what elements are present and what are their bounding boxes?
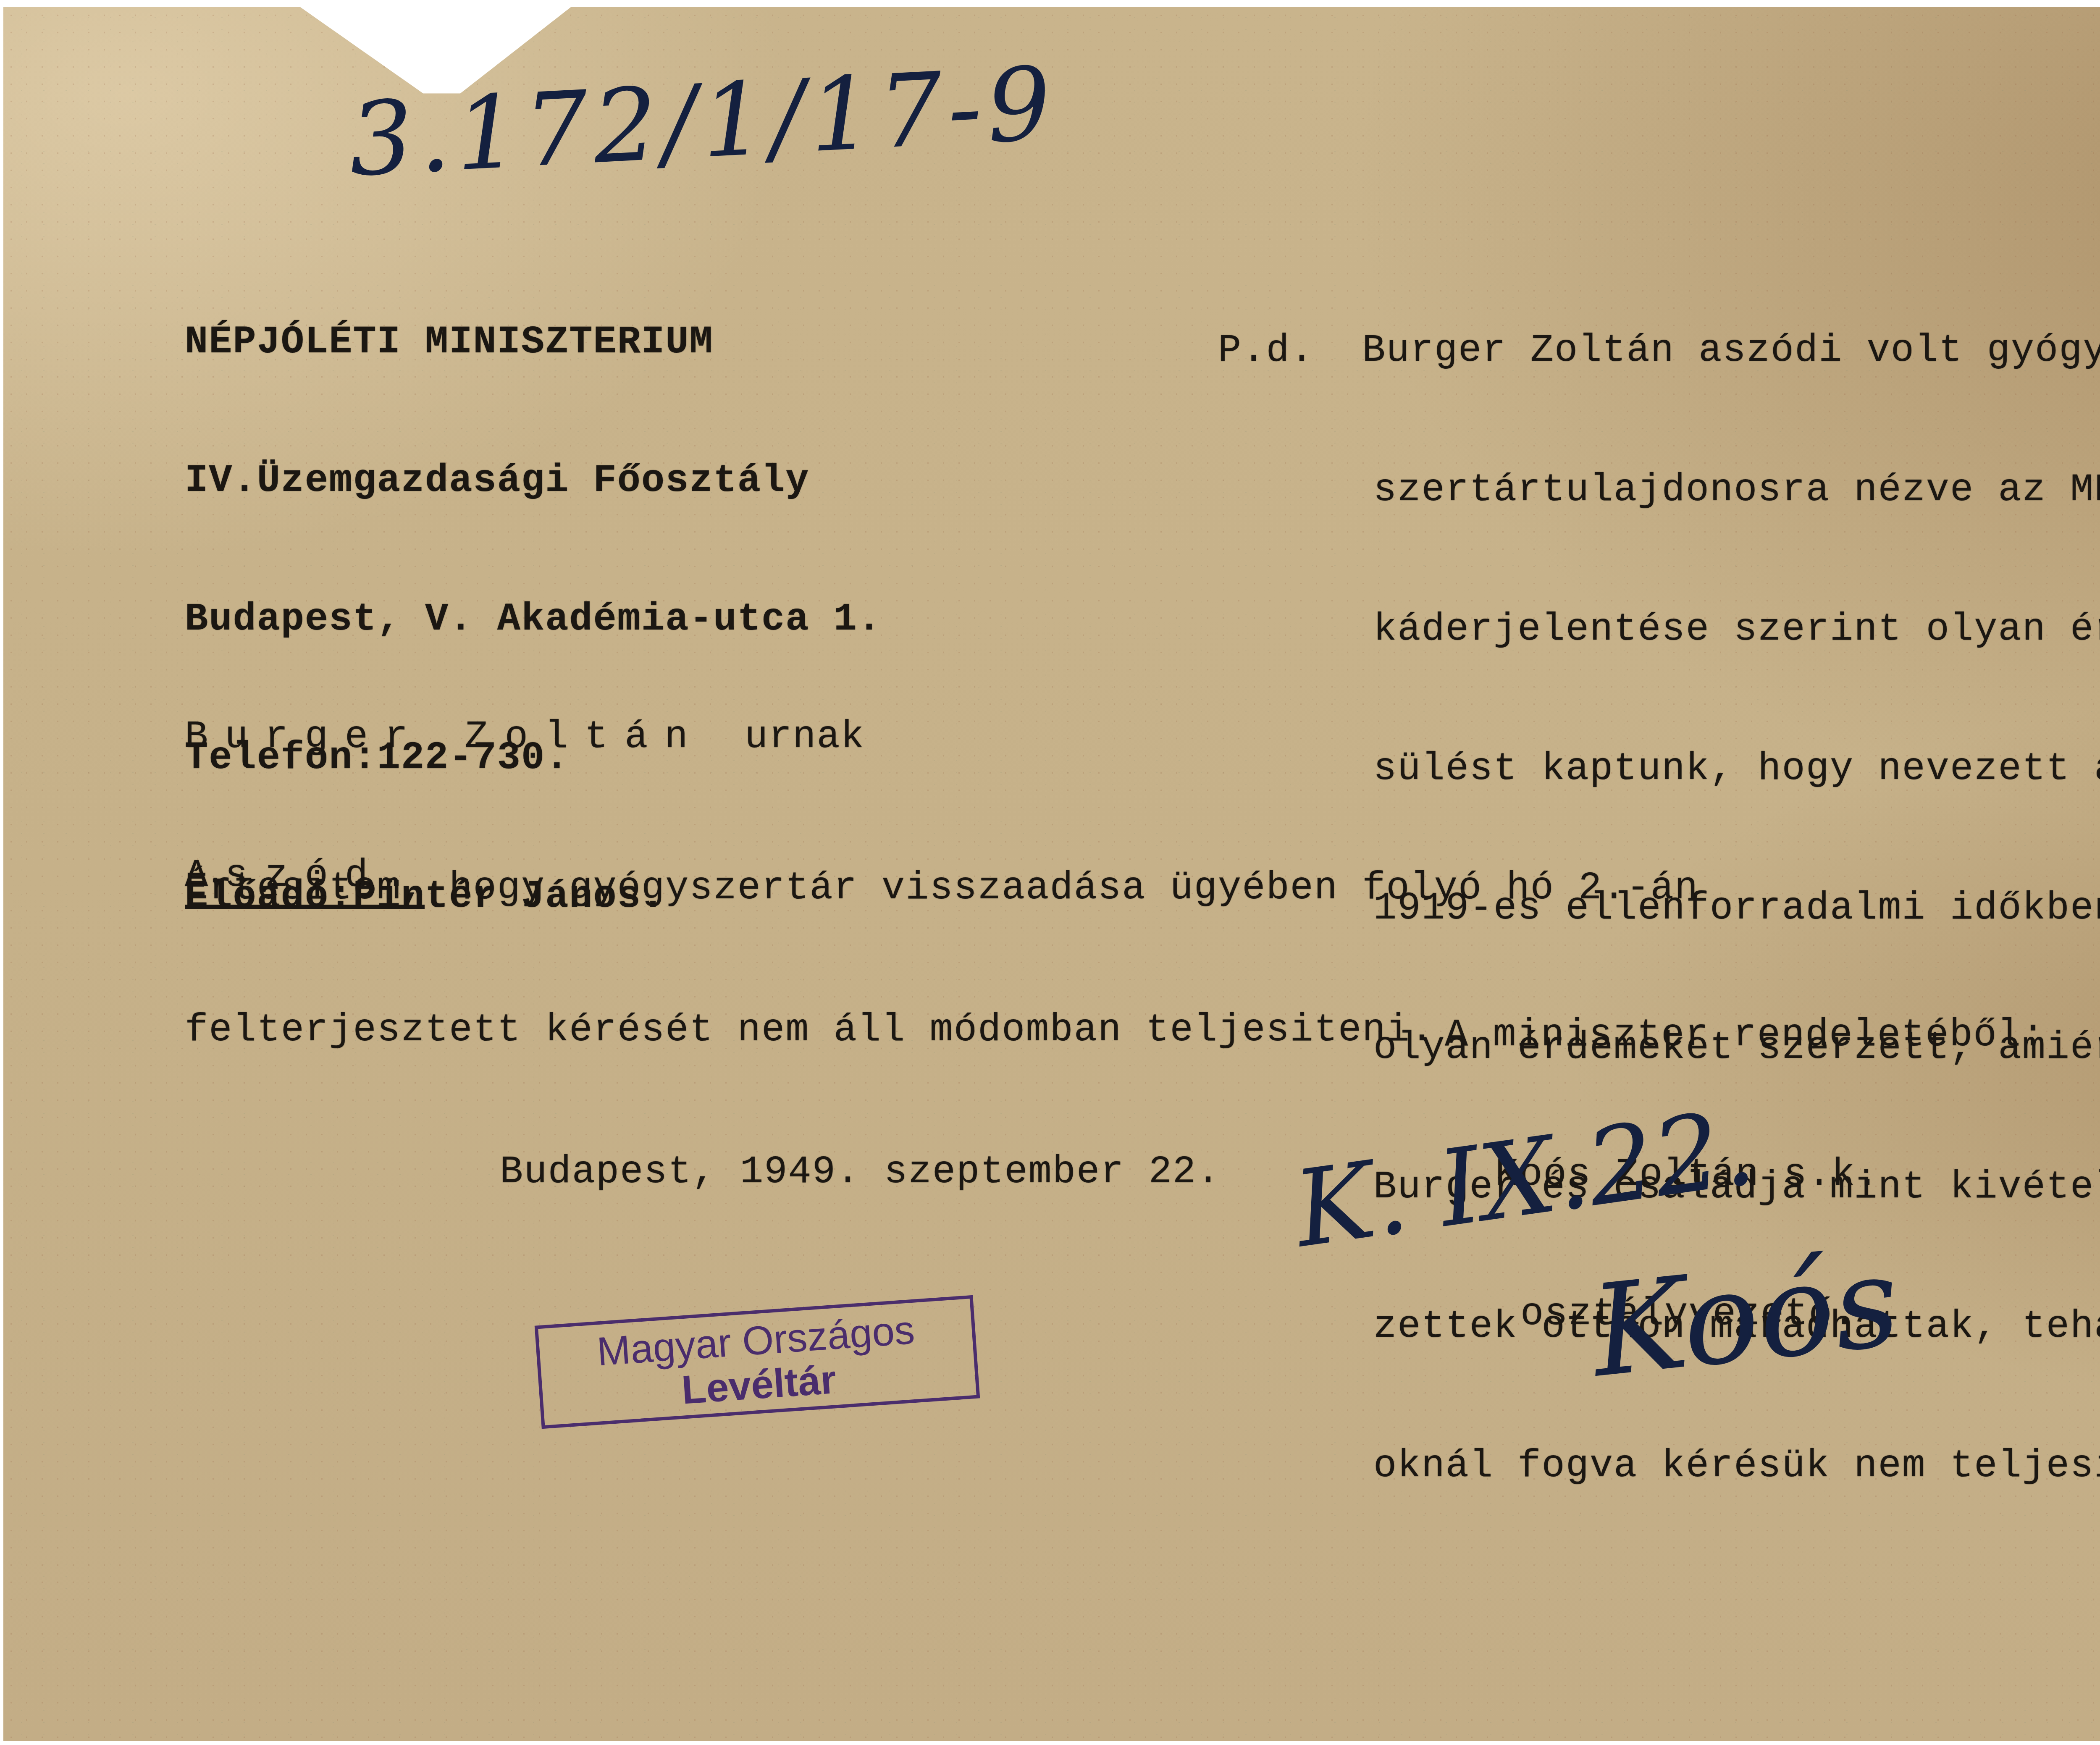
addressee-title: urnak: [745, 715, 865, 759]
signature-authority: A miniszter rendeletéből:: [1445, 1012, 2045, 1059]
addressee-name: Burger Zoltán: [185, 715, 705, 759]
pd-note-line: káderjelentése szerint olyan érte-: [1218, 606, 2100, 653]
body-line: Értesitem, hogy gyógyszertár visszaadása…: [185, 865, 1698, 915]
pd-note-line: Burger Zoltán aszódi volt gyógy-: [1362, 328, 2100, 373]
pd-note-line: oknál fogva kérésük nem teljesithető: [1218, 1443, 2100, 1490]
pd-note-label: P.d.: [1218, 328, 1314, 373]
letterhead-ministry: NÉPJÓLÉTI MINISZTERIUM: [185, 319, 882, 365]
letterhead-department: IV.Üzemgazdasági Főosztály: [185, 458, 882, 504]
pd-note-line: szertártulajdonosra nézve az MDP.: [1218, 467, 2100, 514]
